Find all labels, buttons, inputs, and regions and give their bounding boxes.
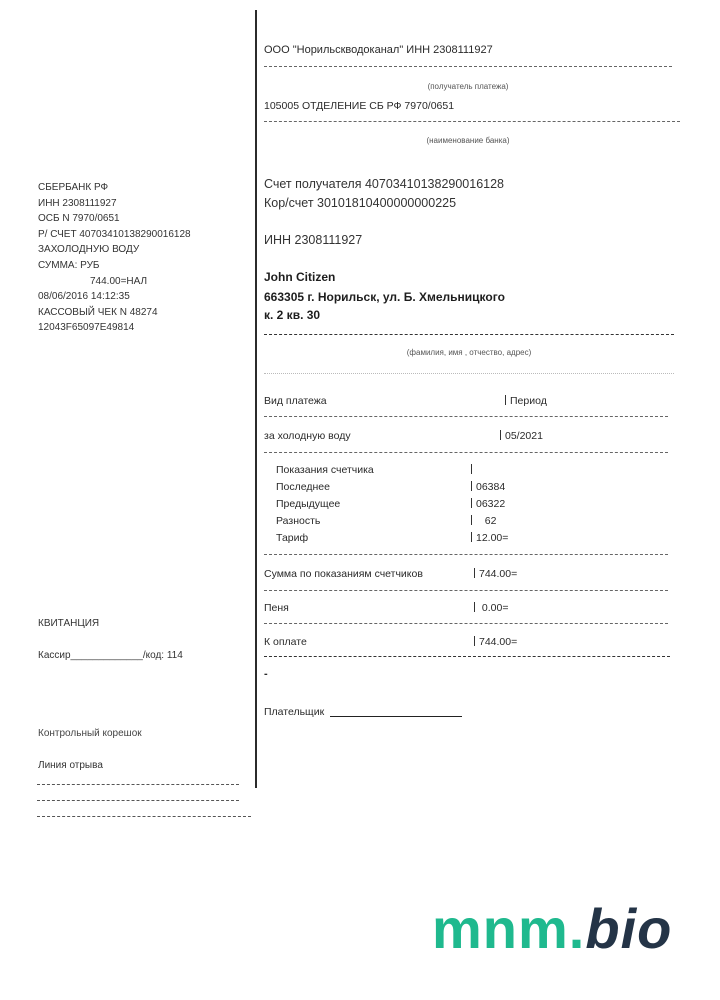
meter-labels: Показания счетчика Последнее Предыдущее … <box>276 462 374 547</box>
meter-value: 12.00= <box>476 532 508 544</box>
recipient-name-inn: ООО "Норильскводоканал" ИНН 2308111927 <box>264 44 493 56</box>
penalty-value: 0.00= <box>479 602 509 614</box>
meter-value-row: 12.00= <box>471 530 508 547</box>
separator <box>264 121 680 122</box>
corr-account: Кор/счет 30101810400000000225 <box>264 196 456 210</box>
meter-value-row: 06322 <box>471 496 508 513</box>
cut-separator-line <box>255 10 257 788</box>
period-header: Период <box>510 395 547 407</box>
penalty-cell: 0.00= <box>474 602 509 614</box>
recipient-account: Счет получателя 40703410138290016128 <box>264 177 504 191</box>
payment-type: за холодную воду <box>264 430 351 442</box>
tear-line-label: Линия отрыва <box>38 760 103 771</box>
period-header-cell: Период <box>505 395 547 407</box>
meter-value-row: 62 <box>471 513 508 530</box>
cashier-line: Кассир_____________/код: 114 <box>38 650 183 661</box>
stub-sum-value: 744.00=НАЛ <box>38 274 191 290</box>
total-cell: 744.00= <box>474 636 517 648</box>
logo-part-mnm: mnm. <box>432 897 585 960</box>
receipt-title: КВИТАНЦИЯ <box>38 618 99 629</box>
stub-inn: ИНН 2308111927 <box>38 196 191 212</box>
separator <box>264 373 674 374</box>
bank-name: 105005 ОТДЕЛЕНИЕ СБ РФ 7970/0651 <box>264 100 454 112</box>
payer-signature-line <box>330 716 462 717</box>
stub-osb: ОСБ N 7970/0651 <box>38 211 191 227</box>
recipient-caption: (получатель платежа) <box>264 82 672 91</box>
meter-value: 06384 <box>476 481 505 493</box>
stub-receipt-details: СБЕРБАНК РФ ИНН 2308111927 ОСБ N 7970/06… <box>38 180 191 336</box>
meter-label: Показания счетчика <box>276 462 374 479</box>
separator <box>264 554 668 555</box>
stub-account: Р/ СЧЕТ 40703410138290016128 <box>38 227 191 243</box>
payer-signature-label: Плательщик <box>264 706 324 718</box>
logo-part-bio: bio <box>585 897 672 960</box>
total-label: К оплате <box>264 636 307 648</box>
meter-value: 62 <box>476 515 496 527</box>
stub-sum-label: СУММА: РУБ <box>38 258 191 274</box>
watermark-logo: mnm.bio <box>432 896 672 961</box>
separator <box>264 656 670 657</box>
bank-caption: (наименование банка) <box>264 136 672 145</box>
sum-label: Сумма по показаниям счетчиков <box>264 568 423 580</box>
stub-check-code: 12043F65097E49814 <box>38 320 191 336</box>
period-value: 05/2021 <box>505 430 543 442</box>
tear-line-1 <box>37 784 239 785</box>
separator <box>264 590 668 591</box>
separator <box>264 416 668 417</box>
meter-label: Разность <box>276 513 374 530</box>
separator <box>264 623 668 624</box>
meter-label: Тариф <box>276 530 374 547</box>
tear-line-2 <box>37 800 239 801</box>
control-stub-label: Контрольный корешок <box>38 728 142 739</box>
payer-address-line1: 663305 г. Норильск, ул. Б. Хмельницкого <box>264 290 505 304</box>
meter-value: 06322 <box>476 498 505 510</box>
meter-label: Последнее <box>276 479 374 496</box>
sum-cell: 744.00= <box>474 568 517 580</box>
penalty-label: Пеня <box>264 602 289 614</box>
separator <box>264 452 668 453</box>
separator <box>264 66 672 67</box>
period-cell: 05/2021 <box>500 430 543 442</box>
meter-value-row <box>471 462 508 479</box>
payer-name: John Citizen <box>264 270 335 284</box>
stub-datetime: 08/06/2016 14:12:35 <box>38 289 191 305</box>
meter-values: 06384 06322 62 12.00= <box>471 462 508 547</box>
separator <box>264 334 674 335</box>
meter-label: Предыдущее <box>276 496 374 513</box>
tear-line-3 <box>37 816 251 817</box>
dash-mark: - <box>264 668 268 680</box>
stub-purpose: ЗАХОЛОДНУЮ ВОДУ <box>38 242 191 258</box>
stub-bank: СБЕРБАНК РФ <box>38 180 191 196</box>
payment-type-header: Вид платежа <box>264 395 327 407</box>
total-value: 744.00= <box>479 636 517 648</box>
stub-check-number: КАССОВЫЙ ЧЕК N 48274 <box>38 305 191 321</box>
recipient-inn: ИНН 2308111927 <box>264 233 362 247</box>
meter-value-row: 06384 <box>471 479 508 496</box>
sum-value: 744.00= <box>479 568 517 580</box>
payer-caption: (фамилия, имя , отчество, адрес) <box>264 348 674 357</box>
payer-address-line2: к. 2 кв. 30 <box>264 308 320 322</box>
